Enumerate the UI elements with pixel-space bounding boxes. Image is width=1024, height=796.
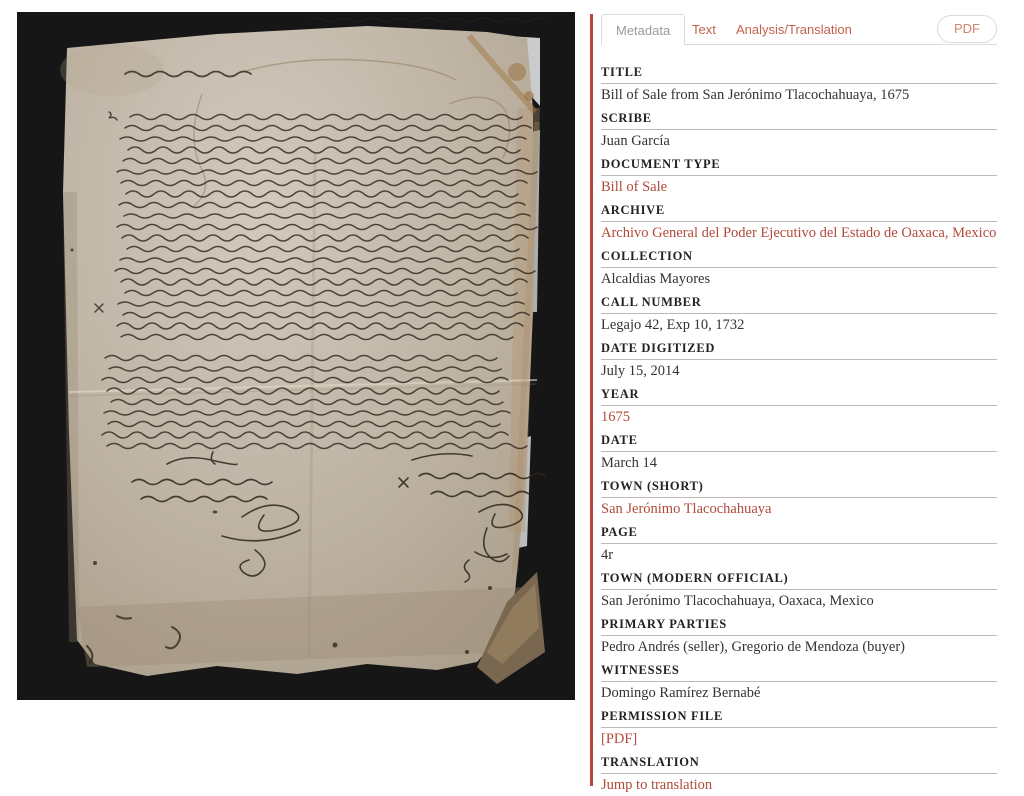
field-label: TRANSLATION bbox=[601, 755, 997, 774]
field-page: PAGE 4r bbox=[601, 525, 997, 565]
field-primary-parties: PRIMARY PARTIES Pedro Andrés (seller), G… bbox=[601, 617, 997, 657]
field-value: Domingo Ramírez Bernabé bbox=[601, 682, 997, 703]
field-date: DATE March 14 bbox=[601, 433, 997, 473]
field-value-link[interactable]: 1675 bbox=[601, 406, 997, 427]
tab-analysis-translation[interactable]: Analysis/Translation bbox=[736, 22, 852, 37]
field-value: Alcaldias Mayores bbox=[601, 268, 997, 289]
field-value: 4r bbox=[601, 544, 997, 565]
field-label: TITLE bbox=[601, 65, 997, 84]
field-label: COLLECTION bbox=[601, 249, 997, 268]
pdf-button[interactable]: PDF bbox=[937, 15, 997, 43]
tab-text[interactable]: Text bbox=[692, 22, 716, 37]
field-label: TOWN (MODERN OFFICIAL) bbox=[601, 571, 997, 590]
field-label: DATE DIGITIZED bbox=[601, 341, 997, 360]
field-label: PRIMARY PARTIES bbox=[601, 617, 997, 636]
field-label: SCRIBE bbox=[601, 111, 997, 130]
field-label: WITNESSES bbox=[601, 663, 997, 682]
metadata-fields: TITLE Bill of Sale from San Jerónimo Tla… bbox=[601, 65, 997, 795]
field-value: July 15, 2014 bbox=[601, 360, 997, 381]
field-value: Bill of Sale from San Jerónimo Tlacochah… bbox=[601, 84, 997, 105]
field-label: PAGE bbox=[601, 525, 997, 544]
field-title: TITLE Bill of Sale from San Jerónimo Tla… bbox=[601, 65, 997, 105]
field-document-type: DOCUMENT TYPE Bill of Sale bbox=[601, 157, 997, 197]
field-value: Legajo 42, Exp 10, 1732 bbox=[601, 314, 997, 335]
field-date-digitized: DATE DIGITIZED July 15, 2014 bbox=[601, 341, 997, 381]
field-value-link[interactable]: Archivo General del Poder Ejecutivo del … bbox=[601, 222, 997, 243]
field-label: YEAR bbox=[601, 387, 997, 406]
field-value: March 14 bbox=[601, 452, 997, 473]
field-label: CALL NUMBER bbox=[601, 295, 997, 314]
field-value-link[interactable]: Jump to translation bbox=[601, 774, 997, 795]
tab-metadata[interactable]: Metadata bbox=[601, 14, 685, 45]
field-year: YEAR 1675 bbox=[601, 387, 997, 427]
field-permission-file: PERMISSION FILE [PDF] bbox=[601, 709, 997, 749]
field-label: TOWN (SHORT) bbox=[601, 479, 997, 498]
tab-bar: Metadata Text Analysis/Translation PDF bbox=[601, 14, 997, 45]
field-town-short: TOWN (SHORT) San Jerónimo Tlacochahuaya bbox=[601, 479, 997, 519]
field-value-link[interactable]: Bill of Sale bbox=[601, 176, 997, 197]
field-label: PERMISSION FILE bbox=[601, 709, 997, 728]
metadata-panel: Metadata Text Analysis/Translation PDF T… bbox=[590, 14, 997, 786]
field-scribe: SCRIBE Juan García bbox=[601, 111, 997, 151]
field-witnesses: WITNESSES Domingo Ramírez Bernabé bbox=[601, 663, 997, 703]
field-label: ARCHIVE bbox=[601, 203, 997, 222]
field-value-link[interactable]: San Jerónimo Tlacochahuaya bbox=[601, 498, 997, 519]
field-town-modern-official: TOWN (MODERN OFFICIAL) San Jerónimo Tlac… bbox=[601, 571, 997, 611]
field-archive: ARCHIVE Archivo General del Poder Ejecut… bbox=[601, 203, 997, 243]
field-collection: COLLECTION Alcaldias Mayores bbox=[601, 249, 997, 289]
field-call-number: CALL NUMBER Legajo 42, Exp 10, 1732 bbox=[601, 295, 997, 335]
field-value: Juan García bbox=[601, 130, 997, 151]
manuscript-photo[interactable] bbox=[17, 12, 575, 700]
field-value-link[interactable]: [PDF] bbox=[601, 728, 997, 749]
field-value: San Jerónimo Tlacochahuaya, Oaxaca, Mexi… bbox=[601, 590, 997, 611]
manuscript-illustration bbox=[17, 12, 575, 700]
paper bbox=[60, 26, 545, 684]
field-translation: TRANSLATION Jump to translation bbox=[601, 755, 997, 795]
field-value: Pedro Andrés (seller), Gregorio de Mendo… bbox=[601, 636, 997, 657]
field-label: DOCUMENT TYPE bbox=[601, 157, 997, 176]
field-label: DATE bbox=[601, 433, 997, 452]
